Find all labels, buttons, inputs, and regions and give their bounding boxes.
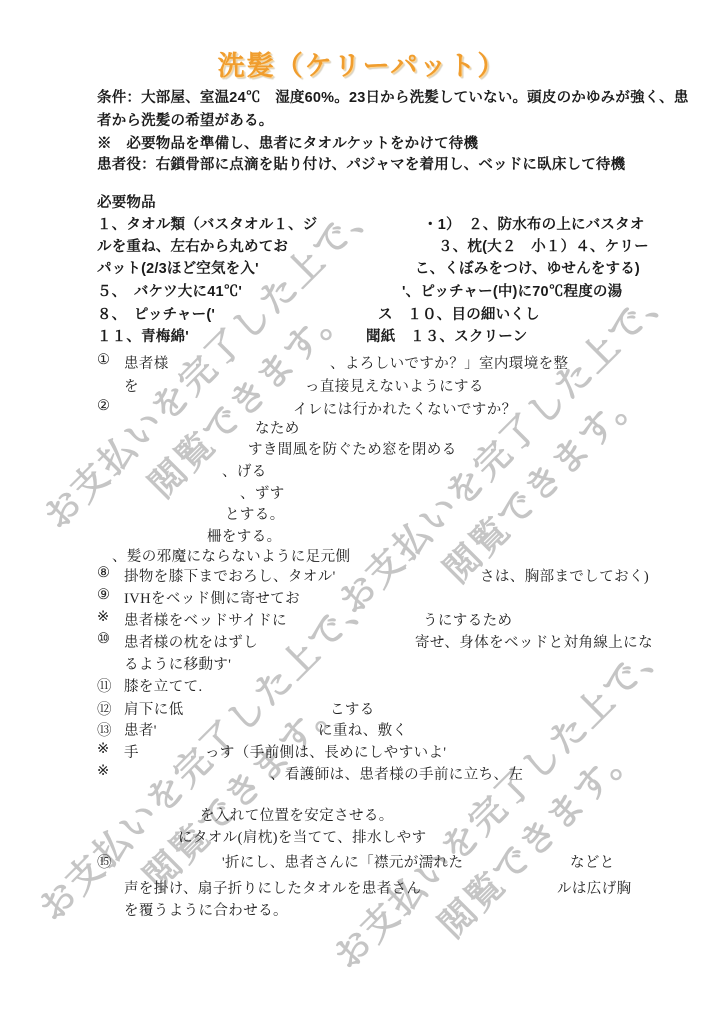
- text-fragment: 条件：大部屋、室温24℃ 湿度60%。23日から洗髪していない。頭皮のかゆみが強…: [97, 86, 689, 107]
- text-fragment: 、髪の邪魔にならないように足元側: [112, 545, 350, 566]
- text-line: 声を掛け、扇子折りにしたタオルを患者さんルは広げ胸: [0, 877, 724, 897]
- text-line: ※、看護師は、患者様の手前に立ち、左: [0, 763, 724, 783]
- text-fragment: 患者様をベッドサイドに: [124, 609, 287, 630]
- text-fragment: 手: [124, 741, 139, 762]
- text-fragment: なため: [255, 417, 300, 438]
- text-fragment: にタオル(肩枕)を当てて、排水しやす: [178, 826, 427, 847]
- text-fragment: すき間風を防ぐため窓を閉める: [248, 438, 457, 459]
- text-fragment: 掛物を膝下までおろし、タオル': [124, 565, 336, 586]
- text-fragment: などと: [570, 851, 615, 872]
- text-fragment: さは、胸部までしておく): [480, 565, 649, 586]
- text-fragment: を: [124, 375, 139, 396]
- text-fragment: っす（手前側は、長めにしやすいよ': [205, 741, 446, 762]
- text-fragment: っ直接見えないようにする: [305, 375, 484, 396]
- text-fragment: IVHをベッド側に寄せてお: [124, 587, 300, 608]
- text-fragment: '折にし、患者さんに「襟元が濡れた: [222, 851, 463, 872]
- text-line: ②イレには行かれたくないですか？: [0, 398, 724, 418]
- text-line: を覆うように合わせる。: [0, 899, 724, 919]
- text-fragment: 、げる: [222, 460, 267, 481]
- text-fragment: を入れて位置を安定させる。: [200, 804, 394, 825]
- text-fragment: を覆うように合わせる。: [124, 899, 288, 920]
- list-marker: ②: [97, 398, 110, 415]
- text-fragment: １、タオル類（バスタオル１、ジ: [97, 213, 318, 234]
- text-fragment: ５、 バケツ大に41℃': [97, 280, 242, 301]
- text-fragment: イレには行かれたくないですか？: [293, 398, 517, 419]
- list-marker: ⑪: [97, 675, 112, 696]
- text-fragment: 、ずす: [240, 482, 285, 503]
- text-line: ⑮'折にし、患者さんに「襟元が濡れたなどと: [0, 851, 724, 871]
- text-fragment: 患者様の枕をはずし: [124, 631, 258, 652]
- text-line: 条件：大部屋、室温24℃ 湿度60%。23日から洗髪していない。頭皮のかゆみが強…: [0, 86, 724, 106]
- text-fragment: 寄せ、身体をベッドと対角線上にな: [415, 631, 653, 652]
- text-fragment: 者から洗髪の希望がある。: [97, 109, 273, 130]
- text-line: ルを重ね、左右から丸めてお３、枕(大２ 小１）４、ケリー: [0, 235, 724, 255]
- text-line: にタオル(肩枕)を当てて、排水しやす: [0, 826, 724, 846]
- text-fragment: こ、くぼみをつけ、ゆせんをする): [415, 257, 640, 278]
- text-fragment: 膝を立てて.: [124, 675, 203, 696]
- text-fragment: 柵をする。: [207, 525, 282, 546]
- text-line: とする。: [0, 503, 724, 523]
- list-marker: ※: [97, 741, 110, 758]
- text-line: 、ずす: [0, 482, 724, 502]
- document-page: お支払いを完了した上で、閲覧できます。お支払いを完了した上で、閲覧できます。お支…: [0, 0, 724, 1024]
- text-fragment: '、ピッチャー(中)に70℃程度の湯: [402, 280, 622, 301]
- text-line: をっ直接見えないようにする: [0, 375, 724, 395]
- text-fragment: こする: [330, 698, 375, 719]
- text-fragment: 声を掛け、扇子折りにしたタオルを患者さん: [124, 877, 421, 898]
- list-marker: ⑧: [97, 565, 110, 582]
- text-fragment: 患者役：右鎖骨部に点滴を貼り付け、パジャマを着用し、ベッドに臥床して待機: [97, 153, 625, 174]
- text-line: １、タオル類（バスタオル１、ジ・1） ２、防水布の上にバスタオ: [0, 213, 724, 233]
- text-line: ⑪膝を立てて.: [0, 675, 724, 695]
- text-line: 、げる: [0, 460, 724, 480]
- text-fragment: ス １０、目の細いくし: [378, 303, 540, 324]
- text-fragment: うにするため: [423, 609, 512, 630]
- text-line: 柵をする。: [0, 525, 724, 545]
- text-fragment: 肩下に低: [124, 698, 184, 719]
- text-fragment: ８、 ピッチャー(': [97, 303, 215, 324]
- text-line: 、髪の邪魔にならないように足元側: [0, 545, 724, 565]
- text-line: すき間風を防ぐため窓を閉める: [0, 438, 724, 458]
- text-line: 患者役：右鎖骨部に点滴を貼り付け、パジャマを着用し、ベッドに臥床して待機: [0, 153, 724, 173]
- list-marker: ※: [97, 609, 110, 626]
- document-body: 条件：大部屋、室温24℃ 湿度60%。23日から洗髪していない。頭皮のかゆみが強…: [0, 0, 724, 1024]
- text-line: ※手っす（手前側は、長めにしやすいよ': [0, 741, 724, 761]
- text-line: るように移動す': [0, 653, 724, 673]
- list-marker: ⑩: [97, 631, 110, 648]
- text-fragment: ※ 必要物品を準備し、患者にタオルケットをかけて待機: [97, 132, 478, 153]
- text-fragment: 患者': [124, 719, 157, 740]
- list-marker: ①: [97, 352, 110, 369]
- text-fragment: に重ね、敷く: [318, 719, 407, 740]
- section-heading: 必要物品: [97, 191, 156, 212]
- text-fragment: とする。: [225, 503, 285, 524]
- text-line: 必要物品: [0, 191, 724, 211]
- list-marker: ⑨: [97, 587, 110, 604]
- text-line: ８、 ピッチャー('ス １０、目の細いくし: [0, 303, 724, 323]
- list-marker: ⑬: [97, 719, 112, 740]
- text-line: ５、 バケツ大に41℃''、ピッチャー(中)に70℃程度の湯: [0, 280, 724, 300]
- text-fragment: パット(2/3ほど空気を入': [97, 257, 259, 278]
- list-marker: ⑫: [97, 698, 112, 719]
- text-fragment: ・1） ２、防水布の上にバスタオ: [423, 213, 645, 234]
- text-line: ①患者様、よろしいですか？」室内環境を整: [0, 352, 724, 372]
- text-fragment: ルを重ね、左右から丸めてお: [97, 235, 288, 256]
- text-fragment: るように移動す': [124, 653, 231, 674]
- text-fragment: 、よろしいですか？」室内環境を整: [330, 352, 568, 373]
- text-line: １１、青梅綿'聞紙 １３、スクリーン: [0, 325, 724, 345]
- text-fragment: 患者様: [124, 352, 169, 373]
- text-line: パット(2/3ほど空気を入'こ、くぼみをつけ、ゆせんをする): [0, 257, 724, 277]
- text-line: ⑫肩下に低こする: [0, 698, 724, 718]
- text-line: ※ 必要物品を準備し、患者にタオルケットをかけて待機: [0, 132, 724, 152]
- list-marker: ⑮: [97, 851, 112, 872]
- text-fragment: 、看護師は、患者様の手前に立ち、左: [270, 763, 523, 784]
- text-line: を入れて位置を安定させる。: [0, 804, 724, 824]
- text-fragment: ルは広げ胸: [557, 877, 632, 898]
- text-fragment: 聞紙 １３、スクリーン: [366, 325, 527, 346]
- text-fragment: １１、青梅綿': [97, 325, 189, 346]
- text-fragment: ３、枕(大２ 小１）４、ケリー: [438, 235, 649, 256]
- text-line: ⑧掛物を膝下までおろし、タオル'さは、胸部までしておく): [0, 565, 724, 585]
- text-line: なため: [0, 417, 724, 437]
- text-line: ※患者様をベッドサイドにうにするため: [0, 609, 724, 629]
- text-line: ⑩患者様の枕をはずし寄せ、身体をベッドと対角線上にな: [0, 631, 724, 651]
- text-line: ⑬患者'に重ね、敷く: [0, 719, 724, 739]
- text-line: 者から洗髪の希望がある。: [0, 109, 724, 129]
- text-line: ⑨IVHをベッド側に寄せてお: [0, 587, 724, 607]
- list-marker: ※: [97, 763, 110, 780]
